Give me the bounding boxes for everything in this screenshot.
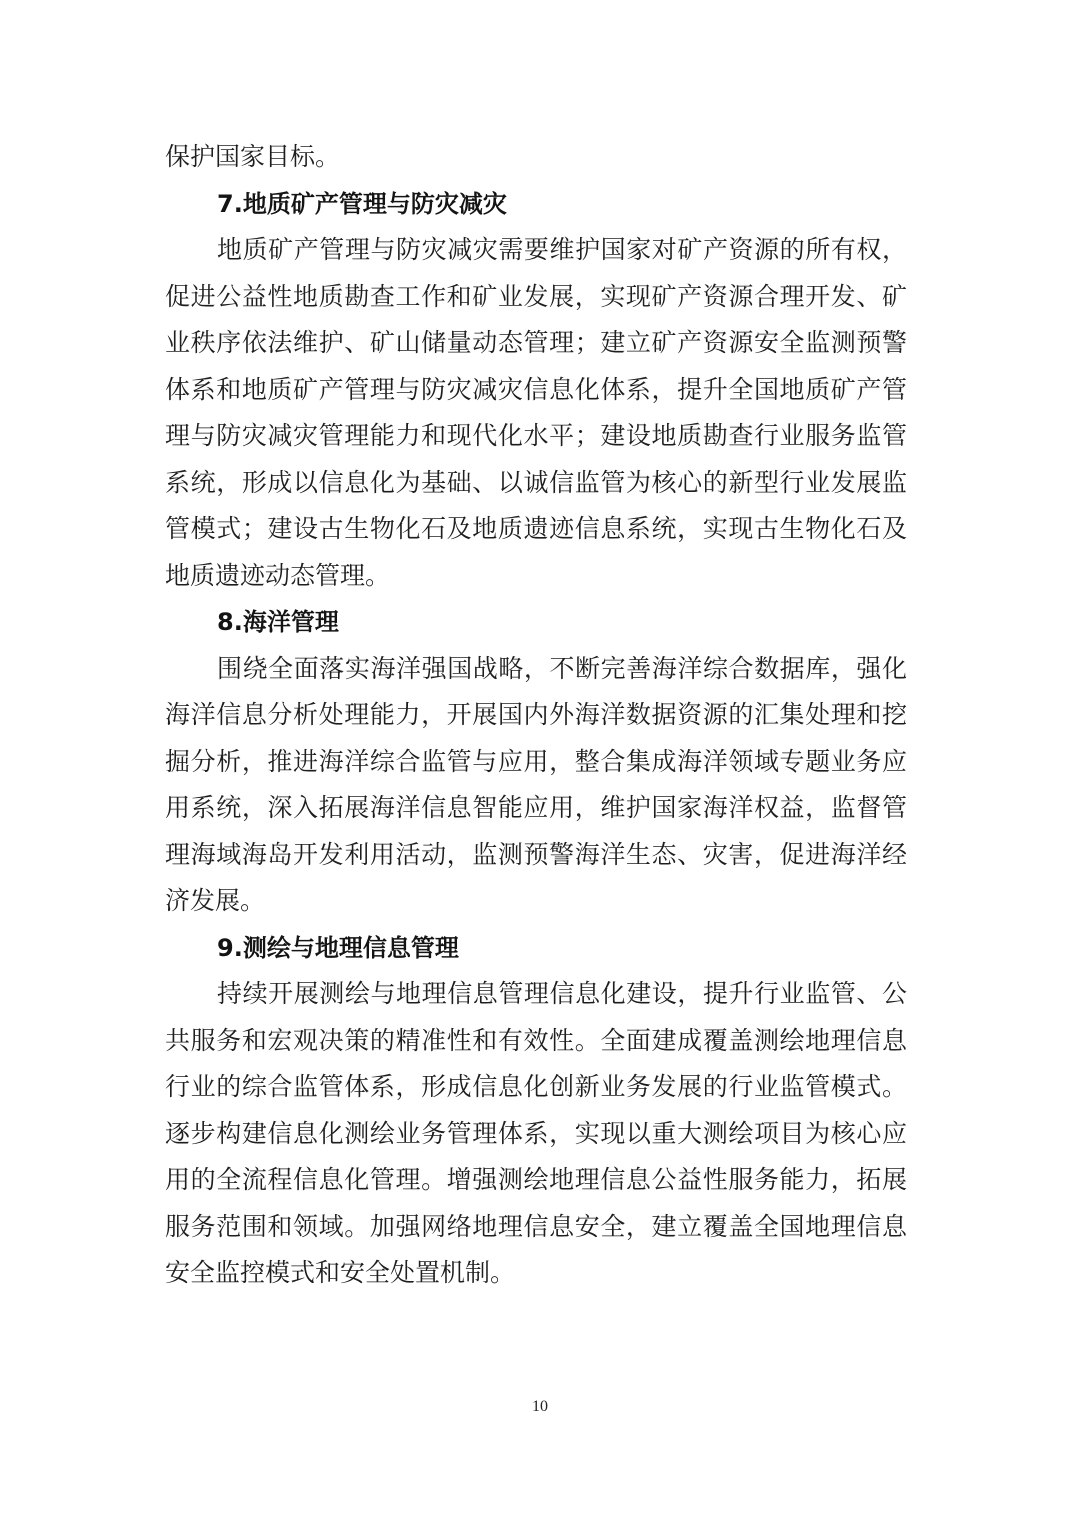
paragraph-line: 围绕全面落实海洋强国战略，不断完善海洋综合数据库，强化 xyxy=(165,646,907,693)
paragraph-line: 济发展。 xyxy=(165,878,907,925)
page-number: 10 xyxy=(0,1398,1080,1416)
paragraph-line: 促进公益性地质勘查工作和矿业发展，实现矿产资源合理开发、矿 xyxy=(165,274,907,321)
section-heading-8: 8.海洋管理 xyxy=(165,599,907,646)
paragraph-line: 服务范围和领域。加强网络地理信息安全，建立覆盖全国地理信息 xyxy=(165,1204,907,1251)
page-content: 保护国家目标。 7.地质矿产管理与防灾减灾 地质矿产管理与防灾减灾需要维护国家对… xyxy=(165,134,907,1297)
paragraph-line: 共服务和宏观决策的精准性和有效性。全面建成覆盖测绘地理信息 xyxy=(165,1018,907,1065)
paragraph-line: 掘分析，推进海洋综合监管与应用，整合集成海洋领域专题业务应 xyxy=(165,739,907,786)
section-heading-7: 7.地质矿产管理与防灾减灾 xyxy=(165,181,907,228)
paragraph-line: 理与防灾减灾管理能力和现代化水平；建设地质勘查行业服务监管 xyxy=(165,413,907,460)
paragraph-line: 管模式；建设古生物化石及地质遗迹信息系统，实现古生物化石及 xyxy=(165,506,907,553)
document-page: 保护国家目标。 7.地质矿产管理与防灾减灾 地质矿产管理与防灾减灾需要维护国家对… xyxy=(0,0,1080,1527)
paragraph-line: 用的全流程信息化管理。增强测绘地理信息公益性服务能力，拓展 xyxy=(165,1157,907,1204)
paragraph-line: 业秩序依法维护、矿山储量动态管理；建立矿产资源安全监测预警 xyxy=(165,320,907,367)
paragraph-line: 安全监控模式和安全处置机制。 xyxy=(165,1250,907,1297)
paragraph-line: 逐步构建信息化测绘业务管理体系，实现以重大测绘项目为核心应 xyxy=(165,1111,907,1158)
paragraph-line: 理海域海岛开发利用活动，监测预警海洋生态、灾害，促进海洋经 xyxy=(165,832,907,879)
paragraph-line: 地质矿产管理与防灾减灾需要维护国家对矿产资源的所有权， xyxy=(165,227,907,274)
section-7-paragraph: 地质矿产管理与防灾减灾需要维护国家对矿产资源的所有权， 促进公益性地质勘查工作和… xyxy=(165,227,907,599)
paragraph-line: 海洋信息分析处理能力，开展国内外海洋数据资源的汇集处理和挖 xyxy=(165,692,907,739)
paragraph-line: 行业的综合监管体系，形成信息化创新业务发展的行业监管模式。 xyxy=(165,1064,907,1111)
paragraph-line: 保护国家目标。 xyxy=(165,134,907,181)
section-heading-9: 9.测绘与地理信息管理 xyxy=(165,925,907,972)
section-9-paragraph: 持续开展测绘与地理信息管理信息化建设，提升行业监管、公 共服务和宏观决策的精准性… xyxy=(165,971,907,1297)
paragraph-line: 用系统，深入拓展海洋信息智能应用，维护国家海洋权益，监督管 xyxy=(165,785,907,832)
paragraph-line: 持续开展测绘与地理信息管理信息化建设，提升行业监管、公 xyxy=(165,971,907,1018)
paragraph-line: 系统，形成以信息化为基础、以诚信监管为核心的新型行业发展监 xyxy=(165,460,907,507)
paragraph-line: 地质遗迹动态管理。 xyxy=(165,553,907,600)
section-8-paragraph: 围绕全面落实海洋强国战略，不断完善海洋综合数据库，强化 海洋信息分析处理能力，开… xyxy=(165,646,907,925)
paragraph-line: 体系和地质矿产管理与防灾减灾信息化体系，提升全国地质矿产管 xyxy=(165,367,907,414)
